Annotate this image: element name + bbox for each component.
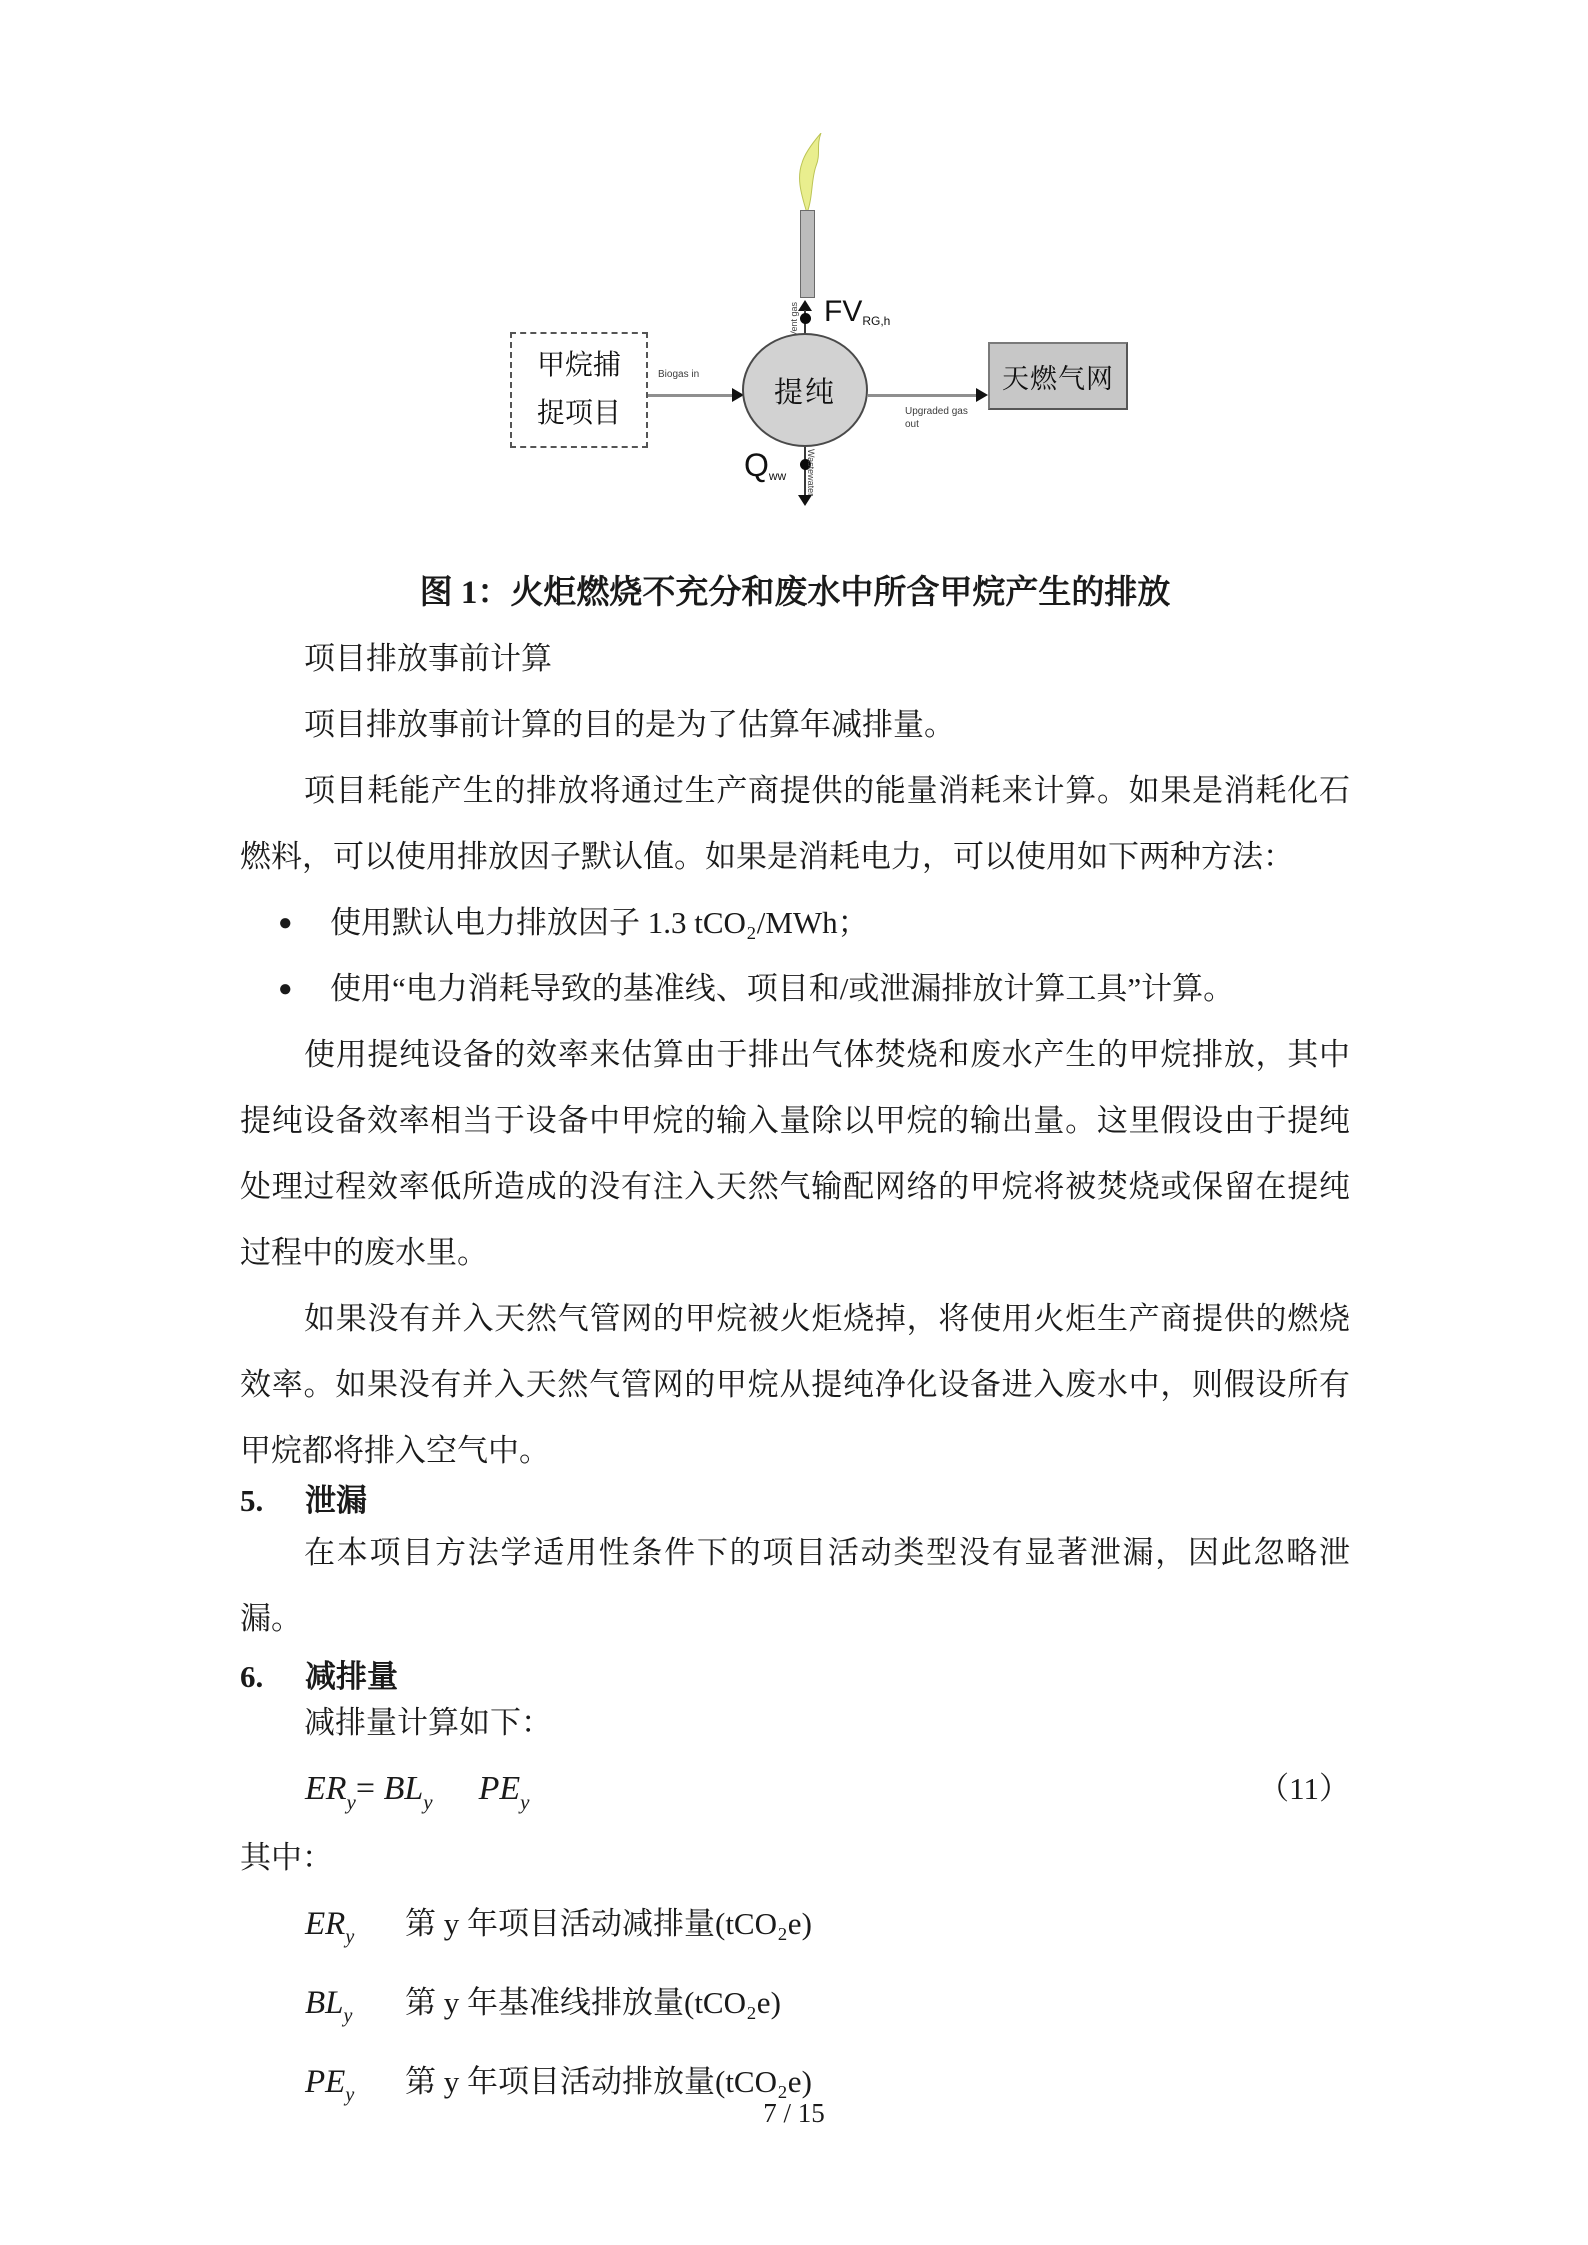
vent-gas-node-dot	[800, 313, 811, 324]
eq-pe-sub: y	[520, 1790, 529, 1814]
eq-bl: BL	[384, 1770, 424, 1807]
methane-capture-project-box: 甲烷捕 捉项目	[510, 332, 648, 448]
equation-11: ERy= BLyPEy （11）	[305, 1756, 1350, 1835]
q-flow-label: Qww	[744, 447, 786, 484]
upgraded-gas-arrowhead-icon	[976, 388, 988, 402]
para-er-intro: 减排量计算如下：	[240, 1690, 1350, 1756]
eq-er-sub: y	[347, 1790, 356, 1814]
para-precalc-title: 项目排放事前计算	[240, 626, 1350, 692]
source-box-line1: 甲烷捕	[537, 342, 621, 390]
arrow-down-icon	[798, 495, 812, 506]
definition-row-er: ERy 第 y 年项目活动减排量(tCO₂e)	[305, 1891, 1350, 1970]
q-subscript: ww	[769, 469, 786, 483]
definition-row-bl: BLy 第 y 年基准线排放量(tCO₂e)	[305, 1970, 1350, 2049]
vent-gas-label: Vent gas	[789, 302, 799, 337]
bullet-item-2: ● 使用“电力消耗导致的基准线、项目和/或泄漏排放计算工具”计算。	[240, 956, 1350, 1022]
def-symbol: BLy	[305, 1970, 405, 2049]
q-symbol: Q	[744, 447, 769, 483]
def-bl-desc: 第 y 年基准线排放量(tCO₂e)	[405, 1970, 781, 2049]
eq-pe: PE	[479, 1770, 521, 1807]
para-leakage: 在本项目方法学适用性条件下的项目活动类型没有显著泄漏，因此忽略泄漏。	[240, 1520, 1350, 1652]
page-number: 7 / 15	[0, 2098, 1588, 2129]
upgraded-gas-label-line2: out	[905, 419, 919, 430]
para-flare: 如果没有并入天然气管网的甲烷被火炬烧掉，将使用火炬生产商提供的燃烧效率。如果没有…	[240, 1286, 1350, 1484]
figure1-caption: 图 1：火炬燃烧不充分和废水中所含甲烷产生的排放	[240, 560, 1350, 626]
para-energy: 项目耗能产生的排放将通过生产商提供的能量消耗来计算。如果是消耗化石燃料，可以使用…	[240, 758, 1350, 890]
biogas-in-label: Biogas in	[658, 368, 699, 381]
bullet-icon: ●	[278, 956, 330, 1022]
section-6-number: 6.	[240, 1644, 305, 1710]
bullet-item-1: ● 使用默认电力排放因子 1.3 tCO₂/MWh；	[240, 890, 1350, 956]
upgraded-gas-label-line1: Upgraded gas	[905, 406, 968, 417]
def-bl-sub: y	[344, 2005, 353, 2027]
flare-stack	[800, 210, 815, 298]
wastewater-label: Wastewater	[806, 449, 816, 496]
section-5-number: 5.	[240, 1468, 305, 1534]
para-precalc-purpose: 项目排放事前计算的目的是为了估算年减排量。	[240, 692, 1350, 758]
bullet-1-text: 使用默认电力排放因子 1.3 tCO₂/MWh；	[330, 890, 869, 956]
def-symbol: ERy	[305, 1891, 405, 1970]
gas-grid-box: 天燃气网	[988, 342, 1128, 410]
eq-er: ER	[305, 1770, 347, 1807]
eq-bl-sub: y	[423, 1790, 432, 1814]
purification-label: 提纯	[774, 370, 836, 411]
gas-grid-label: 天燃气网	[1002, 357, 1114, 396]
fv-subscript: RG,h	[862, 314, 890, 328]
def-er-desc: 第 y 年项目活动减排量(tCO₂e)	[405, 1891, 812, 1970]
upgraded-gas-line	[868, 394, 980, 397]
para-efficiency: 使用提纯设备的效率来估算由于排出气体焚烧和废水产生的甲烷排放，其中提纯设备效率相…	[240, 1022, 1350, 1286]
bullet-icon: ●	[278, 890, 330, 956]
source-box-line2: 捉项目	[537, 390, 621, 438]
bullet-2-text: 使用“电力消耗导致的基准线、项目和/或泄漏排放计算工具”计算。	[330, 956, 1234, 1022]
eq-equals: =	[356, 1770, 384, 1807]
def-pe: PE	[305, 2064, 345, 2100]
figure1-diagram: Vent gas FVRG,h 甲烷捕 捉项目 Biogas in 提纯 Upg…	[444, 133, 1144, 511]
flare-flame-icon	[790, 133, 826, 213]
purification-circle: 提纯	[742, 333, 868, 447]
def-er: ER	[305, 1906, 345, 1942]
biogas-in-line	[648, 394, 736, 397]
page-content: Vent gas FVRG,h 甲烷捕 捉项目 Biogas in 提纯 Upg…	[0, 133, 1588, 2128]
fv-flow-label: FVRG,h	[824, 295, 890, 329]
def-er-sub: y	[345, 1926, 354, 1948]
fv-symbol: FV	[824, 295, 862, 328]
equation-number: （11）	[1258, 1756, 1350, 1822]
def-bl: BL	[305, 1985, 344, 2021]
document-page: Vent gas FVRG,h 甲烷捕 捉项目 Biogas in 提纯 Upg…	[0, 0, 1588, 2245]
upgraded-gas-label: Upgraded gas out	[905, 405, 968, 431]
